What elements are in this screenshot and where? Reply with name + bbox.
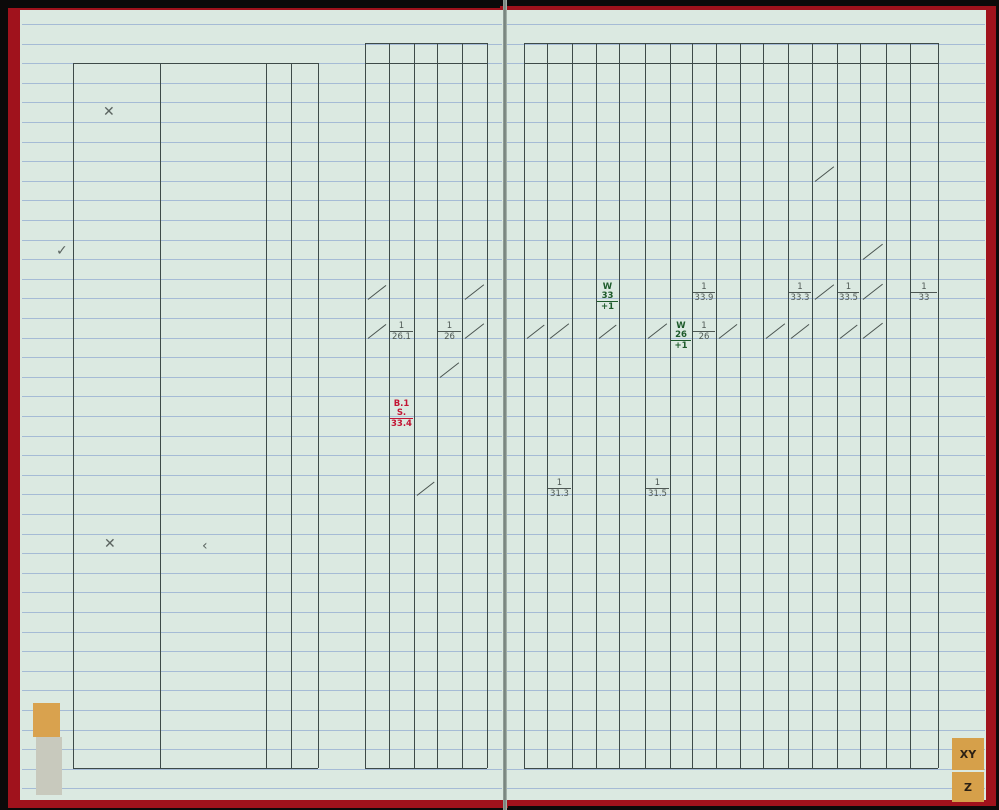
ruled-line xyxy=(22,455,502,456)
fraction-bottom: 26 xyxy=(693,331,715,342)
ruled-line xyxy=(22,612,502,613)
slash-mark xyxy=(815,284,834,300)
ruled-line xyxy=(22,749,502,750)
ruled-line xyxy=(22,24,502,25)
event-column-rule xyxy=(487,43,488,768)
slash-mark xyxy=(766,323,785,339)
fraction-top: W 33 xyxy=(597,283,618,301)
ruled-line xyxy=(507,357,985,358)
ruled-line xyxy=(22,592,502,593)
event-column-rule xyxy=(938,43,939,768)
ruled-line xyxy=(507,573,985,574)
ledger-content: ✕✓✕‹W 33+1133.9133.3133.5133126.1126W 26… xyxy=(0,0,999,810)
ruled-line xyxy=(507,671,985,672)
cell-fraction: 133.3 xyxy=(789,283,811,303)
ruled-line xyxy=(507,122,985,123)
slash-mark xyxy=(815,166,834,182)
table-column-rule xyxy=(291,63,292,768)
ruled-line xyxy=(507,514,985,515)
fraction-top: 1 xyxy=(789,283,811,292)
event-column-rule xyxy=(645,43,646,768)
event-column-rule xyxy=(910,43,911,768)
ruled-line xyxy=(22,494,502,495)
ruled-line xyxy=(507,161,985,162)
cell-fraction: 133.9 xyxy=(693,283,715,303)
index-tab-z[interactable]: Z xyxy=(952,772,984,802)
fraction-top: 1 xyxy=(693,283,715,292)
slash-mark xyxy=(465,323,484,339)
ruled-line xyxy=(22,298,502,299)
event-column-rule xyxy=(692,43,693,768)
fraction-top: B.1 S. xyxy=(390,400,413,418)
event-column-rule xyxy=(812,43,813,768)
table-column-rule xyxy=(266,63,267,768)
cell-fraction: 133 xyxy=(911,283,937,303)
cell-fraction: W 33+1 xyxy=(597,283,618,312)
fraction-bottom: 26 xyxy=(438,331,461,342)
slash-mark xyxy=(465,284,484,300)
ruled-line xyxy=(507,436,985,437)
ruled-line xyxy=(507,730,985,731)
fraction-bottom: 33.5 xyxy=(838,292,859,303)
ruled-line xyxy=(22,377,502,378)
index-tab-xy-label: XY xyxy=(960,748,976,761)
fraction-bottom: 33.4 xyxy=(390,418,413,429)
event-header-top xyxy=(524,43,938,44)
ruled-line xyxy=(507,494,985,495)
slash-mark xyxy=(368,285,387,300)
ruled-line xyxy=(22,632,502,633)
fraction-bottom: 31.3 xyxy=(548,488,571,499)
event-header-top xyxy=(365,43,487,44)
ruled-line xyxy=(507,259,985,260)
fraction-top: W 26 xyxy=(671,322,691,340)
cell-fraction: 126 xyxy=(693,322,715,342)
cross-mark: ✕ xyxy=(103,104,115,120)
fraction-top: 1 xyxy=(838,283,859,292)
ruled-line xyxy=(22,651,502,652)
fraction-bottom: +1 xyxy=(671,340,691,351)
ruled-line xyxy=(22,396,502,397)
ruled-line xyxy=(507,788,985,789)
ruled-line xyxy=(22,142,502,143)
ruled-line xyxy=(22,220,502,221)
event-column-rule xyxy=(740,43,741,768)
ruled-line xyxy=(22,161,502,162)
slash-mark xyxy=(550,323,569,339)
ruled-line xyxy=(22,475,502,476)
ruled-line xyxy=(22,102,502,103)
fraction-top: 1 xyxy=(646,479,669,488)
ruled-line xyxy=(22,690,502,691)
slash-mark xyxy=(648,323,667,339)
event-bottom xyxy=(524,768,938,769)
ruled-line xyxy=(507,455,985,456)
event-column-rule xyxy=(547,43,548,768)
cell-fraction: 131.3 xyxy=(548,479,571,499)
ruled-line xyxy=(22,279,502,280)
ruled-line xyxy=(22,573,502,574)
ruled-line xyxy=(22,730,502,731)
fraction-bottom: 33.9 xyxy=(693,292,715,303)
fraction-top: 1 xyxy=(911,283,937,292)
ruled-line xyxy=(22,357,502,358)
ruled-line xyxy=(22,200,502,201)
ruled-line xyxy=(22,514,502,515)
event-column-rule xyxy=(860,43,861,768)
table-bottom-rule xyxy=(73,768,318,769)
event-column-rule xyxy=(414,43,415,768)
ruled-line xyxy=(507,200,985,201)
ruled-line xyxy=(507,632,985,633)
event-column-rule xyxy=(788,43,789,768)
fraction-bottom: +1 xyxy=(597,301,618,312)
ruled-line xyxy=(22,318,502,319)
ruled-line xyxy=(507,240,985,241)
ruled-line xyxy=(507,690,985,691)
ruled-line xyxy=(507,612,985,613)
ruled-line xyxy=(22,710,502,711)
ruled-line xyxy=(22,83,502,84)
fraction-bottom: 33 xyxy=(911,292,937,303)
fraction-top: 1 xyxy=(390,322,413,331)
fraction-top: 1 xyxy=(548,479,571,488)
ruled-line xyxy=(507,651,985,652)
ruled-line xyxy=(22,122,502,123)
ruled-line xyxy=(22,338,502,339)
left-tab-stub-lower xyxy=(36,737,62,795)
ruled-line xyxy=(507,377,985,378)
ruled-line xyxy=(22,181,502,182)
event-column-rule xyxy=(572,43,573,768)
cell-fraction: 126 xyxy=(438,322,461,342)
event-column-rule xyxy=(437,43,438,768)
ruled-line xyxy=(507,553,985,554)
ruled-line xyxy=(507,83,985,84)
index-tab-xy[interactable]: XY xyxy=(952,738,984,770)
event-column-rule xyxy=(365,43,366,768)
ruled-line xyxy=(507,396,985,397)
ruled-line xyxy=(507,220,985,221)
fraction-top: 1 xyxy=(693,322,715,331)
fraction-top: 1 xyxy=(438,322,461,331)
ruled-line xyxy=(22,534,502,535)
event-header-bottom xyxy=(365,63,487,64)
table-column-rule xyxy=(73,63,74,768)
cell-fraction: B.1 S.33.4 xyxy=(390,400,413,429)
ruled-line xyxy=(507,318,985,319)
fraction-bottom: 26.1 xyxy=(390,331,413,342)
event-column-rule xyxy=(619,43,620,768)
event-column-rule xyxy=(670,43,671,768)
ruled-line xyxy=(22,788,502,789)
event-header-bottom xyxy=(524,63,938,64)
cell-fraction: 126.1 xyxy=(390,322,413,342)
table-top-rule xyxy=(73,63,318,64)
check-mark: ‹ xyxy=(202,538,208,554)
ruled-line xyxy=(507,338,985,339)
ruled-line xyxy=(507,534,985,535)
ruled-line xyxy=(22,416,502,417)
ruled-line xyxy=(507,279,985,280)
left-tab-stub xyxy=(33,703,60,737)
slash-mark xyxy=(863,323,883,339)
ruled-line xyxy=(507,181,985,182)
ruled-line xyxy=(507,102,985,103)
slash-mark xyxy=(863,244,883,260)
event-column-rule xyxy=(716,43,717,768)
ruled-line xyxy=(507,416,985,417)
ruled-line xyxy=(22,259,502,260)
event-bottom xyxy=(365,768,487,769)
event-column-rule xyxy=(763,43,764,768)
event-column-rule xyxy=(596,43,597,768)
ruled-line xyxy=(22,240,502,241)
ruled-line xyxy=(507,710,985,711)
cross-mark: ✕ xyxy=(104,536,116,552)
ruled-line xyxy=(507,475,985,476)
table-column-rule xyxy=(160,63,161,768)
cell-fraction: 131.5 xyxy=(646,479,669,499)
event-column-rule xyxy=(462,43,463,768)
margin-tick: ✓ xyxy=(56,243,68,259)
cell-fraction: 133.5 xyxy=(838,283,859,303)
event-column-rule xyxy=(837,43,838,768)
event-column-rule xyxy=(886,43,887,768)
ruled-line xyxy=(22,671,502,672)
index-tab-z-label: Z xyxy=(964,781,972,794)
event-column-rule xyxy=(524,43,525,768)
cell-fraction: W 26+1 xyxy=(671,322,691,351)
ruled-line xyxy=(22,436,502,437)
fraction-bottom: 31.5 xyxy=(646,488,669,499)
ruled-line xyxy=(22,553,502,554)
ruled-line xyxy=(507,749,985,750)
table-column-rule xyxy=(318,63,319,768)
fraction-bottom: 33.3 xyxy=(789,292,811,303)
ruled-line xyxy=(507,142,985,143)
ruled-line xyxy=(507,24,985,25)
slash-mark xyxy=(863,283,883,299)
ruled-line xyxy=(507,592,985,593)
